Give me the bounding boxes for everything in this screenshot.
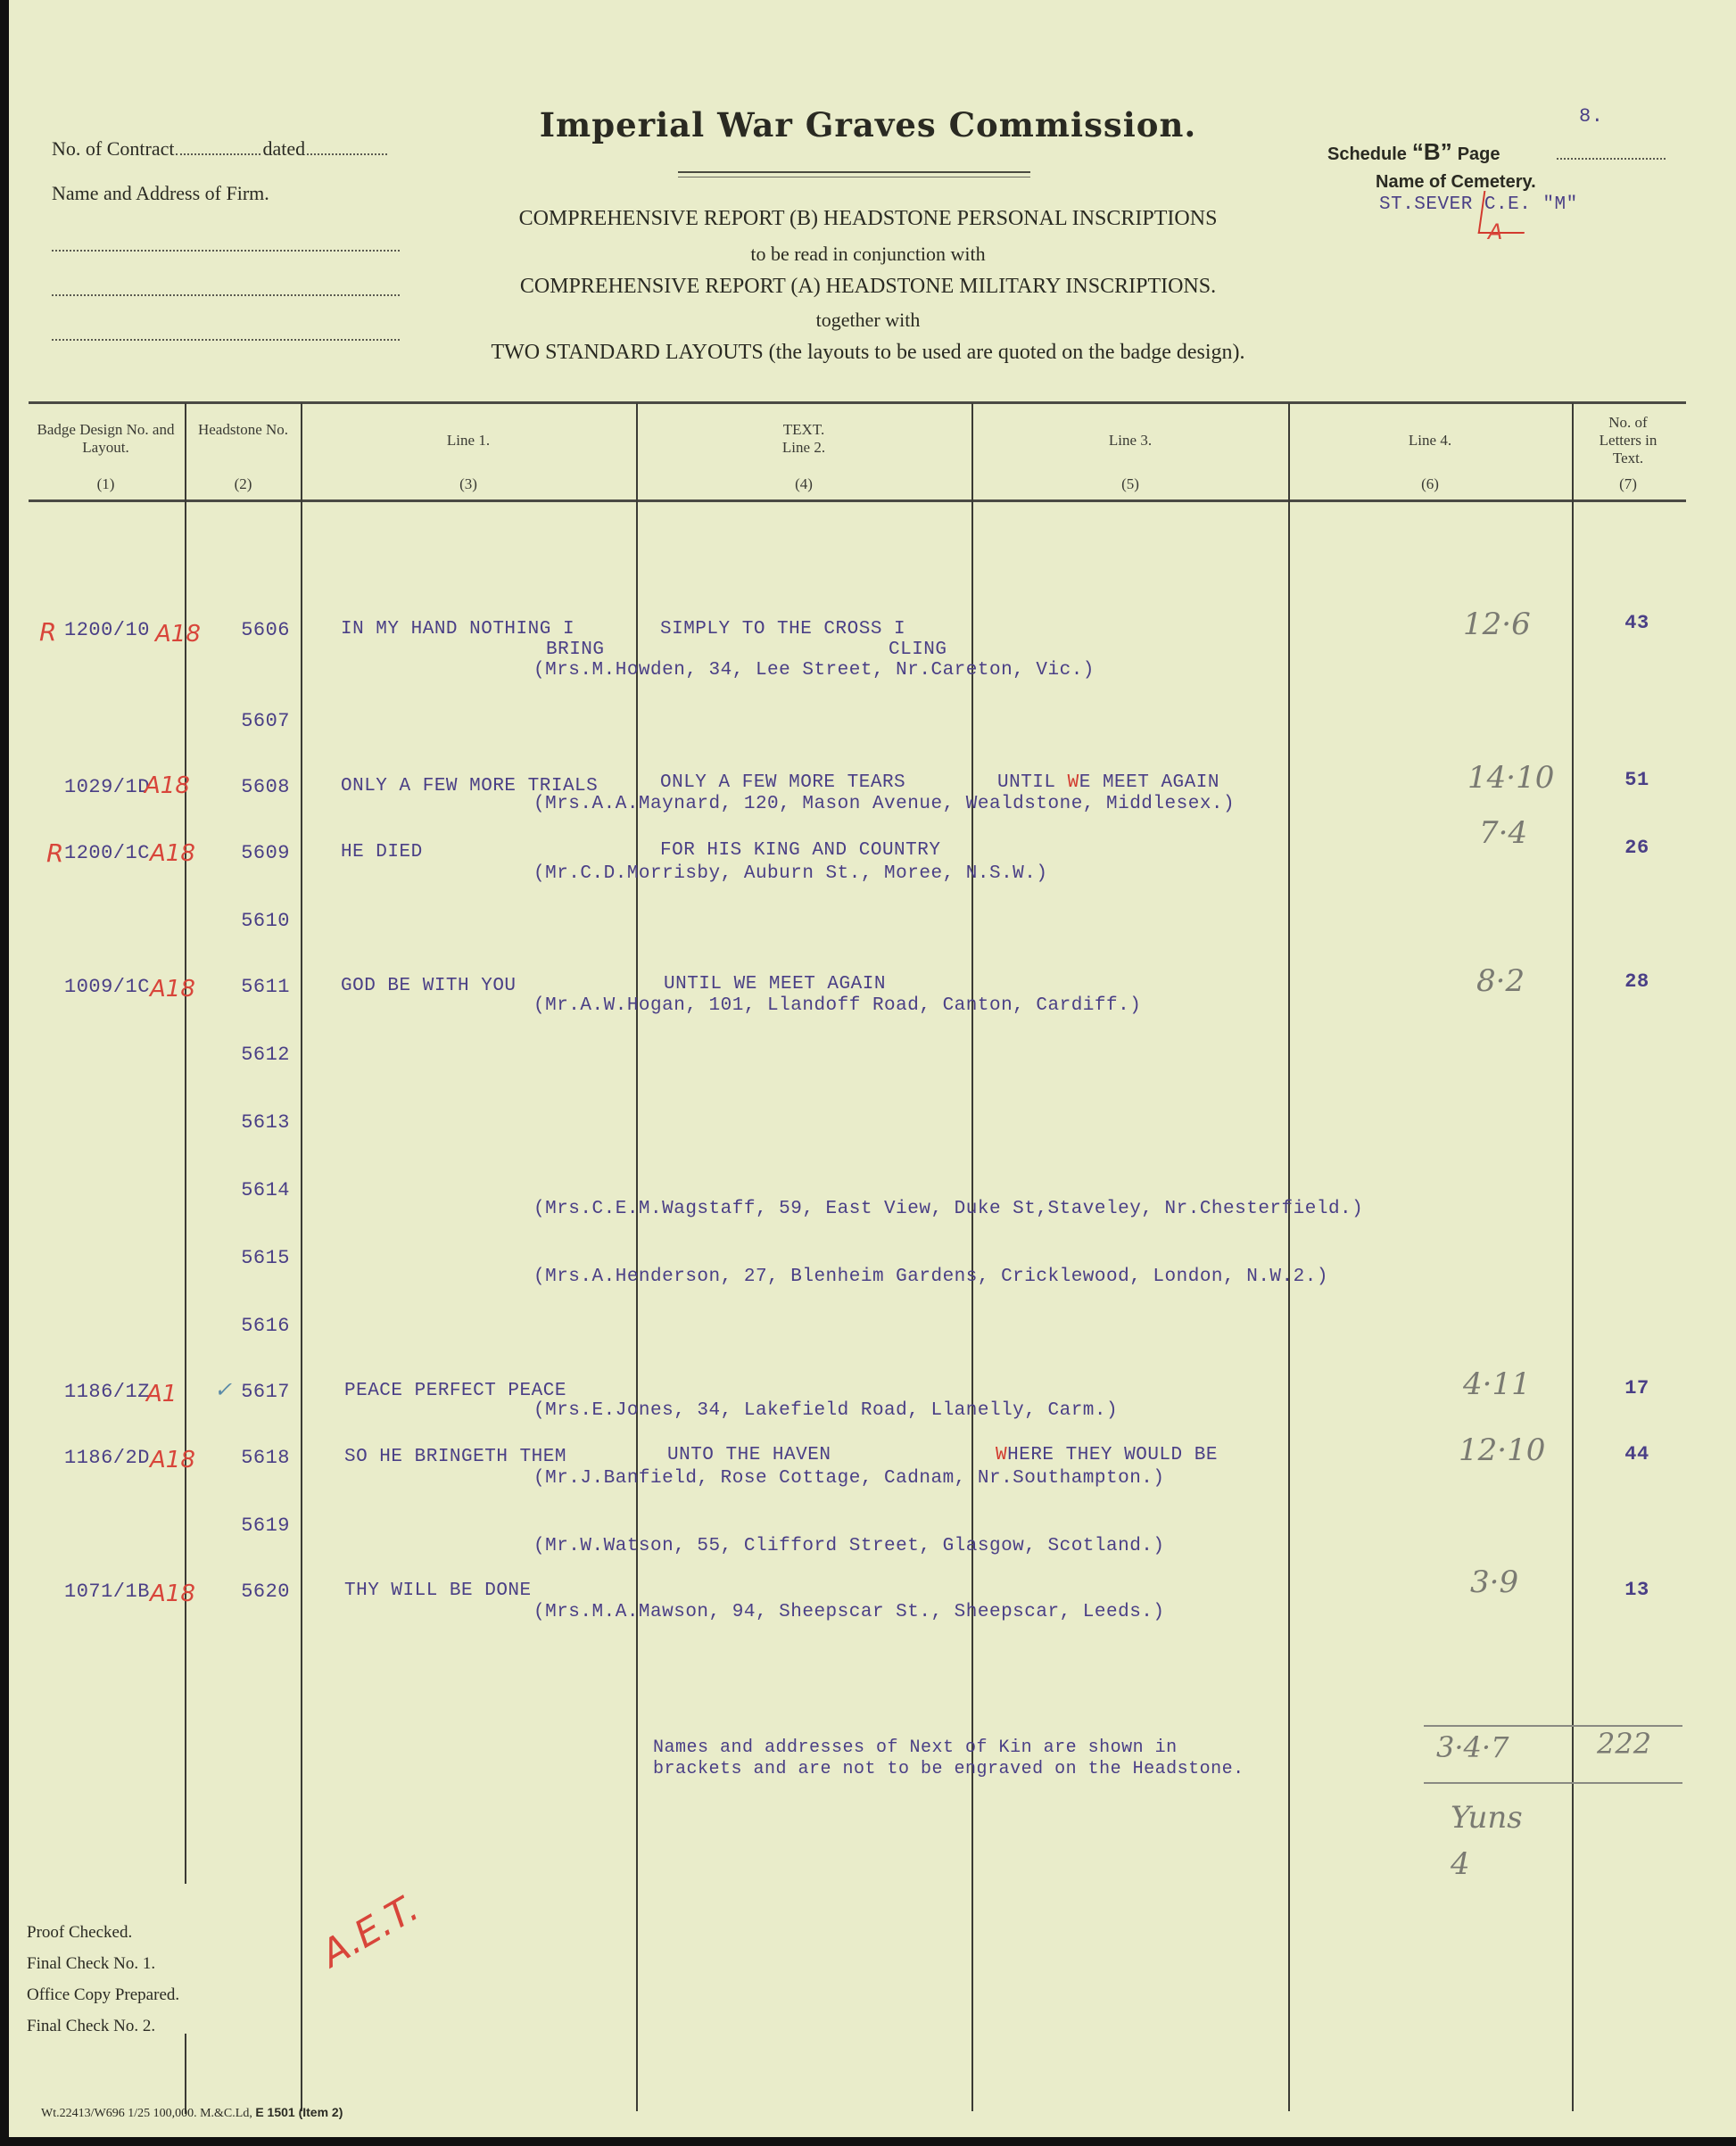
next-of-kin: (Mrs.A.A.Maynard, 120, Mason Avenue, Wea… <box>533 794 1235 814</box>
check-list: Proof Checked. Final Check No. 1. Office… <box>27 1923 179 2048</box>
next-of-kin: (Mr.C.D.Morrisby, Auburn St., Moree, N.S… <box>533 863 1048 884</box>
line3-text: UNTIL WE MEET AGAIN <box>997 772 1219 793</box>
proof-checked-label: Proof Checked. <box>27 1923 179 1943</box>
line2-continued: CLING <box>889 640 947 660</box>
headstone-number: 5620 <box>227 1581 290 1603</box>
line1-text: THY WILL BE DONE <box>344 1581 532 1601</box>
final-check-2-label: Final Check No. 2. <box>27 2017 179 2036</box>
col-divider-5 <box>1288 403 1290 2111</box>
col-header-line2: TEXT. Line 2. <box>639 421 969 457</box>
stone-size: 4·11 <box>1463 1366 1531 1402</box>
initials-annotation: A.E.T. <box>314 1886 426 1976</box>
line1-text: IN MY HAND NOTHING I <box>341 619 575 640</box>
report-a-heading: COMPREHENSIVE REPORT (A) HEADSTONE MILIT… <box>0 275 1736 299</box>
headstone-number: 5611 <box>227 976 290 998</box>
contract-label: No. of Contract <box>52 137 174 160</box>
stone-size: 8·2 <box>1476 963 1525 999</box>
headstone-number: 5606 <box>227 619 290 641</box>
layout-annotation: A1 <box>146 1381 177 1407</box>
layouts-heading: TWO STANDARD LAYOUTS (the layouts to be … <box>0 341 1736 365</box>
headstone-number: 5616 <box>227 1315 290 1337</box>
yards-value: 4 <box>1451 1846 1470 1882</box>
col-header-headstone: Headstone No. <box>187 421 299 439</box>
red-annotation-box <box>1478 191 1531 234</box>
letter-count: 43 <box>1610 612 1664 634</box>
headstone-number: 5608 <box>227 776 290 798</box>
revision-mark: R <box>46 838 63 868</box>
letter-count: 51 <box>1610 769 1664 791</box>
col-num-7: (7) <box>1575 475 1682 493</box>
next-of-kin: (Mr.W.Watson, 55, Clifford Street, Glasg… <box>533 1536 1165 1556</box>
revision-mark: R <box>39 617 56 647</box>
stone-size: 12·6 <box>1463 607 1531 642</box>
letter-count: 28 <box>1610 970 1664 993</box>
headstone-number: 5607 <box>227 710 290 732</box>
headstone-number: 5618 <box>227 1447 290 1469</box>
firm-label: Name and Address of Firm. <box>52 182 269 205</box>
col-header-badge: Badge Design No. and Layout. <box>32 421 179 457</box>
next-of-kin: (Mrs.M.A.Mawson, 94, Sheepscar St., Shee… <box>533 1602 1165 1622</box>
letter-count: 13 <box>1610 1579 1664 1601</box>
layout-annotation: A18 <box>150 976 195 1003</box>
col-divider-1b <box>185 2034 186 2114</box>
page-number: 8. <box>1579 105 1603 128</box>
badge-design: 1186/2D <box>64 1447 150 1469</box>
line2-text: FOR HIS KING AND COUNTRY <box>660 840 940 861</box>
dated-label: dated <box>262 137 305 160</box>
schedule-letter: “B” <box>1412 138 1452 165</box>
headstone-number: 5612 <box>227 1044 290 1066</box>
office-copy-label: Office Copy Prepared. <box>27 1985 179 2005</box>
schedule-label: Schedule“B”Page <box>1327 138 1500 166</box>
letters-total: 222 <box>1597 1727 1651 1761</box>
read-with-text: to be read in conjunction with <box>0 243 1736 266</box>
col-num-6: (6) <box>1291 475 1569 493</box>
size-total: 3·4·7 <box>1436 1730 1509 1764</box>
badge-design: 1029/1D <box>64 776 150 798</box>
line2-text: UNTO THE HAVEN <box>667 1445 831 1465</box>
stone-size: 12·10 <box>1459 1432 1545 1468</box>
next-of-kin: (Mrs.M.Howden, 34, Lee Street, Nr.Careto… <box>533 660 1095 681</box>
scan-edge-bottom <box>0 2137 1736 2146</box>
kin-note-line1: Names and addresses of Next of Kin are s… <box>653 1737 1178 1758</box>
layout-annotation: A18 <box>150 1447 195 1473</box>
stone-size: 3·9 <box>1470 1564 1518 1600</box>
badge-design: 1071/1B <box>64 1581 150 1603</box>
headstone-number: 5610 <box>227 910 290 932</box>
line2-text: SIMPLY TO THE CROSS I <box>660 619 905 640</box>
stone-size: 7·4 <box>1479 815 1527 851</box>
col-divider-6 <box>1572 403 1574 2111</box>
cemetery-annotation: A <box>1488 219 1502 244</box>
badge-design: 1200/1C <box>64 842 150 864</box>
cemetery-label: Name of Cemetery. <box>1376 172 1536 193</box>
table-top-rule <box>29 401 1686 404</box>
col-num-2: (2) <box>187 475 299 493</box>
line1-continued: BRING <box>546 640 605 660</box>
line1-text: HE DIED <box>341 842 423 863</box>
col-header-line1: Line 1. <box>303 432 633 450</box>
next-of-kin: (Mrs.C.E.M.Wagstaff, 59, East View, Duke… <box>533 1199 1363 1219</box>
col-num-3: (3) <box>303 475 633 493</box>
col-header-line4: Line 4. <box>1291 432 1569 450</box>
yards-label: Yuns <box>1451 1800 1523 1836</box>
contract-field: No. of Contractdated <box>52 137 387 161</box>
col-num-1: (1) <box>32 475 179 493</box>
kin-note-line2: brackets and are not to be engraved on t… <box>653 1759 1244 1779</box>
layout-annotation: A18 <box>145 772 190 799</box>
form-number: E 1501 (Item 2) <box>255 2105 343 2119</box>
layout-annotation: A18 <box>155 621 201 648</box>
layout-annotation: A18 <box>150 840 195 867</box>
line2-text: ONLY A FEW MORE TEARS <box>660 772 905 793</box>
headstone-number: 5619 <box>227 1515 290 1537</box>
page-dotted-line <box>1557 158 1666 160</box>
next-of-kin: (Mrs.A.Henderson, 27, Blenheim Gardens, … <box>533 1267 1328 1287</box>
headstone-number: 5613 <box>227 1111 290 1134</box>
headstone-number: 5617 <box>227 1381 290 1403</box>
title-rule <box>678 171 1030 177</box>
badge-design: 1186/1Z <box>64 1381 150 1403</box>
col-header-line3: Line 3. <box>974 432 1286 450</box>
col-num-4: (4) <box>639 475 969 493</box>
layout-annotation: A18 <box>150 1581 195 1607</box>
letter-count: 26 <box>1610 837 1664 859</box>
cemetery-name: ST.SEVER C.E. "M" <box>1379 194 1578 215</box>
next-of-kin: (Mr.J.Banfield, Rose Cottage, Cadnam, Nr… <box>533 1468 1165 1489</box>
line1-text: SO HE BRINGETH THEM <box>344 1447 566 1467</box>
printer-imprint: Wt.22413/W696 1/25 100,000. M.&C.Ld, E 1… <box>41 2105 343 2121</box>
badge-design: 1200/10 <box>64 619 150 641</box>
line1-text: PEACE PERFECT PEACE <box>344 1381 566 1401</box>
together-text: together with <box>0 309 1736 332</box>
col-header-letters: No. of Letters in Text. <box>1575 414 1682 467</box>
letter-count: 44 <box>1610 1443 1664 1465</box>
next-of-kin: (Mr.A.W.Hogan, 101, Llandoff Road, Canto… <box>533 995 1141 1016</box>
final-check-1-label: Final Check No. 1. <box>27 1954 179 1974</box>
totals-bottom-rule <box>1424 1782 1682 1784</box>
line2-text: UNTIL WE MEET AGAIN <box>664 974 886 995</box>
next-of-kin: (Mrs.E.Jones, 34, Lakefield Road, Llanel… <box>533 1400 1118 1421</box>
badge-design: 1009/1C <box>64 976 150 998</box>
col-divider-2 <box>301 403 302 2111</box>
line1-text: GOD BE WITH YOU <box>341 976 517 996</box>
col-num-5: (5) <box>974 475 1286 493</box>
line3-text: WHERE THEY WOULD BE <box>996 1445 1218 1465</box>
stone-size: 14·10 <box>1467 760 1554 796</box>
page-label: Page <box>1458 144 1500 164</box>
headstone-number: 5609 <box>227 842 290 864</box>
headstone-number: 5615 <box>227 1247 290 1269</box>
headstone-number: 5614 <box>227 1179 290 1201</box>
table-header-rule <box>29 499 1686 502</box>
letter-count: 17 <box>1610 1377 1664 1399</box>
